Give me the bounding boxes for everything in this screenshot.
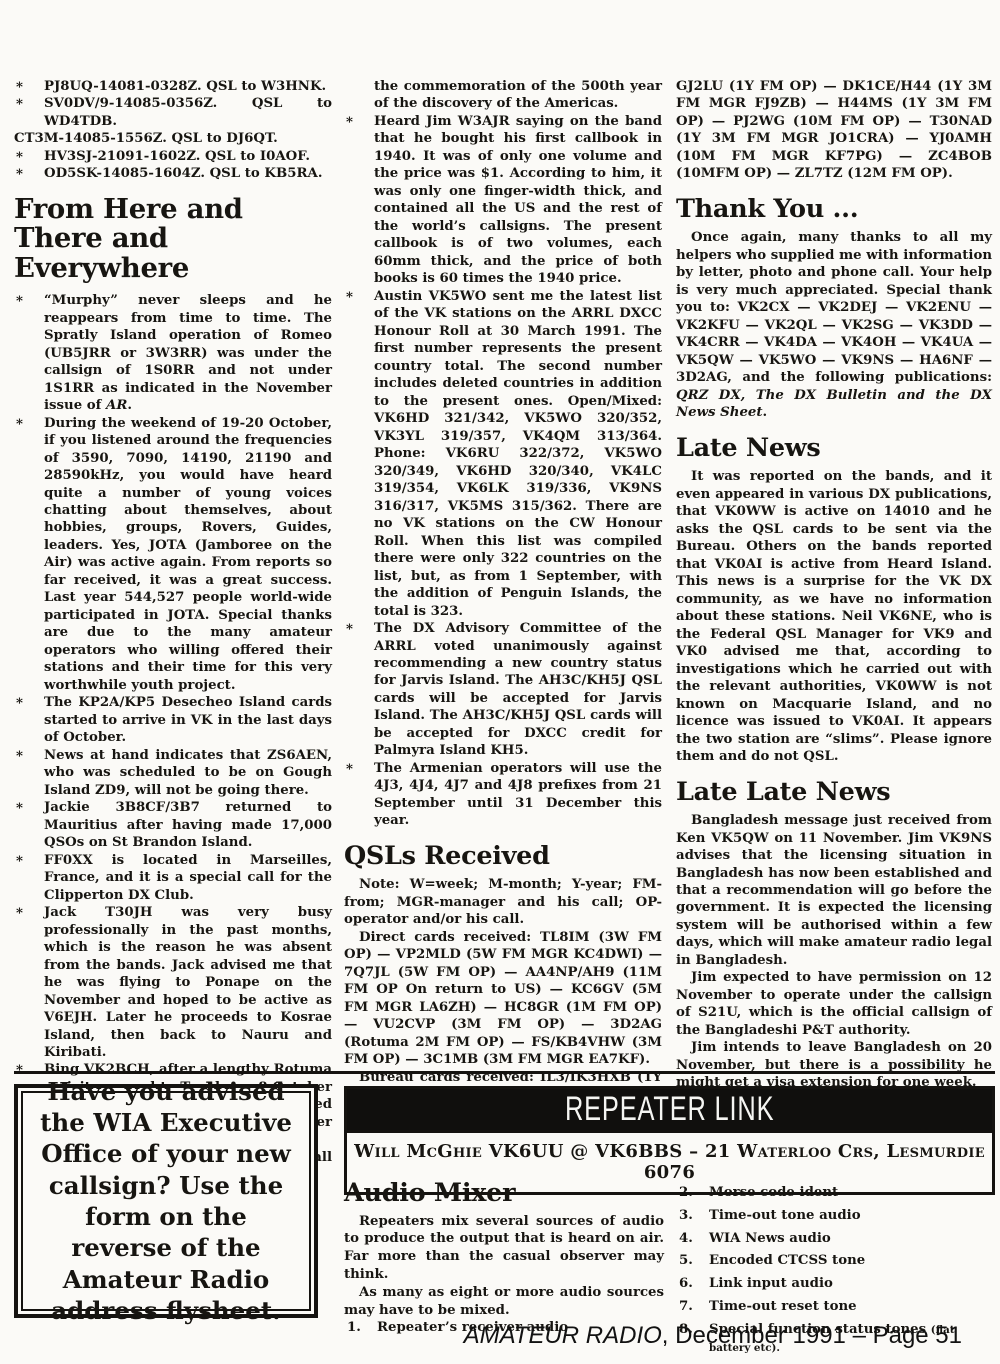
list-number: 6.	[679, 1275, 693, 1293]
bullet-text: The DX Advisory Committee of the ARRL vo…	[374, 621, 662, 758]
news-bullet: *During the weekend of 19-20 October, if…	[14, 415, 332, 695]
qsl-item-text: HV3SJ-21091-1602Z. QSL to I0AOF.	[44, 149, 310, 164]
repeater-link-banner: REPEATER LINK	[347, 1089, 992, 1130]
bullet-asterisk: *	[16, 905, 23, 922]
bullet-asterisk: *	[16, 695, 23, 712]
section-heading-late-news: Late News	[676, 435, 992, 463]
bullet-text: During the weekend of 19-20 October, if …	[44, 416, 332, 693]
list-number: 4.	[679, 1230, 693, 1248]
bullet-asterisk: *	[16, 800, 23, 817]
news-bullet: *News at hand indicates that ZS6AEN, who…	[14, 747, 332, 799]
bullet-asterisk: *	[346, 761, 353, 778]
list-item-text: Encoded CTCSS tone	[709, 1253, 865, 1268]
bullet-text: The KP2A/KP5 Desecheo Island cards start…	[44, 695, 332, 745]
audio-mixer-paragraph: Repeaters mix several sources of audio t…	[344, 1213, 664, 1284]
italic-text: AR	[106, 398, 127, 413]
section-heading-late-late-news: Late Late News	[676, 779, 992, 807]
qsl-list-item: *PJ8UQ-14081-0328Z. QSL to W3HNK.	[14, 78, 332, 95]
news-bullet: *Heard Jim W3AJR saying on the band that…	[344, 113, 662, 288]
bullet-text: “Murphy” never sleeps and he reappears f…	[44, 293, 332, 413]
bullet-asterisk: *	[16, 96, 23, 113]
bullet-asterisk: *	[346, 621, 353, 638]
horizontal-rule	[14, 1071, 995, 1074]
column-right: GJ2LU (1Y FM OP) — DK1CE/H44 (1Y 3M FM M…	[676, 78, 992, 1112]
bullet-asterisk: *	[16, 748, 23, 765]
wia-callsign-notice-box: Have you advised the WIA Executive Offic…	[14, 1084, 318, 1318]
list-number: 3.	[679, 1207, 693, 1225]
qsl-list-item-continuation: CT3M-14085-1556Z. QSL to DJ6QT.	[14, 130, 332, 147]
italic-publications: QRZ DX, The DX Bulletin and the DX News …	[676, 388, 992, 420]
bullet-asterisk: *	[16, 416, 23, 433]
section-heading-from-here-and-there: From Here and There and Everywhere	[14, 195, 332, 283]
late-late-news-paragraph: Jim intends to leave Bangladesh on 20 No…	[676, 1039, 992, 1091]
late-news-paragraph: It was reported on the bands, and it eve…	[676, 468, 992, 765]
news-bullet: *The KP2A/KP5 Desecheo Island cards star…	[14, 694, 332, 746]
news-bullet: *The Armenian operators will use the 4J3…	[344, 760, 662, 830]
magazine-page: *PJ8UQ-14081-0328Z. QSL to W3HNK. *SV0DV…	[0, 0, 1000, 1364]
list-number: 1.	[347, 1319, 361, 1337]
list-number: 7.	[679, 1298, 693, 1316]
bullet-asterisk: *	[346, 114, 353, 131]
bullet-asterisk: *	[16, 166, 23, 183]
audio-mixer-paragraph: As many as eight or more audio sources m…	[344, 1284, 664, 1320]
bullet-text: News at hand indicates that ZS6AEN, who …	[44, 748, 332, 798]
list-number: 5.	[679, 1252, 693, 1270]
bullet-asterisk: *	[16, 293, 23, 310]
qsl-item-text: SV0DV/9-14085-0356Z. QSL to WD4TDB.	[44, 96, 332, 128]
thank-you-paragraph: Once again, many thanks to all my helper…	[676, 229, 992, 421]
list-item-text: Link input audio	[709, 1276, 833, 1291]
footer-date-page: , December 1991 – Page 51	[662, 1322, 962, 1349]
bullet-asterisk: *	[346, 289, 353, 306]
bullet-text: The Armenian operators will use the 4J3,…	[374, 761, 662, 828]
bullet-text: Jack T30JH was very busy professionally …	[44, 905, 332, 1060]
bullet-asterisk: *	[16, 79, 23, 96]
section-heading-thank-you: Thank You ...	[676, 196, 992, 224]
list-number: 2.	[679, 1184, 693, 1202]
list-item-text: Time-out reset tone	[709, 1299, 857, 1314]
news-bullet: *Jack T30JH was very busy professionally…	[14, 904, 332, 1061]
section-heading-audio-mixer: Audio Mixer	[344, 1180, 664, 1208]
qsl-item-text: OD5SK-14085-1604Z. QSL to KB5RA.	[44, 166, 322, 181]
late-late-news-paragraph: Jim expected to have permission on 12 No…	[676, 969, 992, 1039]
bullet-text: FF0XX is located in Marseilles, France, …	[44, 853, 332, 903]
qsl-list-item: *HV3SJ-21091-1602Z. QSL to I0AOF.	[14, 148, 332, 165]
continued-paragraph: GJ2LU (1Y FM OP) — DK1CE/H44 (1Y 3M FM M…	[676, 78, 992, 183]
qsl-item-text: CT3M-14085-1556Z. QSL to DJ6QT.	[14, 131, 278, 146]
audio-source-item: 6.Link input audio	[676, 1275, 994, 1293]
page-footer: AMATEUR RADIO, December 1991 – Page 51	[464, 1322, 962, 1350]
list-item-text: Time-out tone audio	[709, 1208, 861, 1223]
direct-cards-paragraph: Direct cards received: TL8IM (3W FM OP) …	[344, 929, 662, 1069]
audio-source-item: 4.WIA News audio	[676, 1230, 994, 1248]
audio-mixer-section: Audio Mixer Repeaters mix several source…	[344, 1180, 664, 1337]
qsl-list-item: *SV0DV/9-14085-0356Z. QSL to WD4TDB.	[14, 95, 332, 130]
audio-source-item: 3.Time-out tone audio	[676, 1207, 994, 1225]
section-heading-qsls-received: QSLs Received	[344, 843, 662, 871]
news-bullet: *The DX Advisory Committee of the ARRL v…	[344, 620, 662, 760]
continued-paragraph: the commemoration of the 500th year of t…	[374, 78, 662, 113]
qsl-item-text: PJ8UQ-14081-0328Z. QSL to W3HNK.	[44, 79, 326, 94]
news-bullet: *“Murphy” never sleeps and he reappears …	[14, 292, 332, 414]
bullet-asterisk: *	[16, 853, 23, 870]
magazine-title: AMATEUR RADIO	[464, 1322, 662, 1349]
bullet-text: Heard Jim W3AJR saying on the band that …	[374, 114, 662, 286]
news-bullet: *Austin VK5WO sent me the latest list of…	[344, 288, 662, 620]
bullet-text: Austin VK5WO sent me the latest list of …	[374, 289, 662, 619]
news-bullet: *Jackie 3B8CF/3B7 returned to Mauritius …	[14, 799, 332, 851]
bullet-asterisk: *	[16, 149, 23, 166]
audio-source-item: 7.Time-out reset tone	[676, 1298, 994, 1316]
audio-source-item: 5.Encoded CTCSS tone	[676, 1252, 994, 1270]
list-item-text: Morse code ident	[709, 1185, 838, 1200]
news-bullet: *FF0XX is located in Marseilles, France,…	[14, 852, 332, 904]
column-middle: the commemoration of the 500th year of t…	[344, 78, 662, 1104]
audio-source-item: 2.Morse code ident	[676, 1184, 994, 1202]
list-item-text: WIA News audio	[709, 1231, 831, 1246]
notice-text: Have you advised the WIA Executive Offic…	[21, 1091, 311, 1311]
late-late-news-paragraph: Bangladesh message just received from Ke…	[676, 812, 992, 969]
qsl-list-item: *OD5SK-14085-1604Z. QSL to KB5RA.	[14, 165, 332, 182]
bullet-text: Jackie 3B8CF/3B7 returned to Mauritius a…	[44, 800, 332, 850]
qsls-note-paragraph: Note: W=week; M-month; Y-year; FM-from; …	[344, 876, 662, 928]
column-left: *PJ8UQ-14081-0328Z. QSL to W3HNK. *SV0DV…	[14, 78, 332, 1184]
